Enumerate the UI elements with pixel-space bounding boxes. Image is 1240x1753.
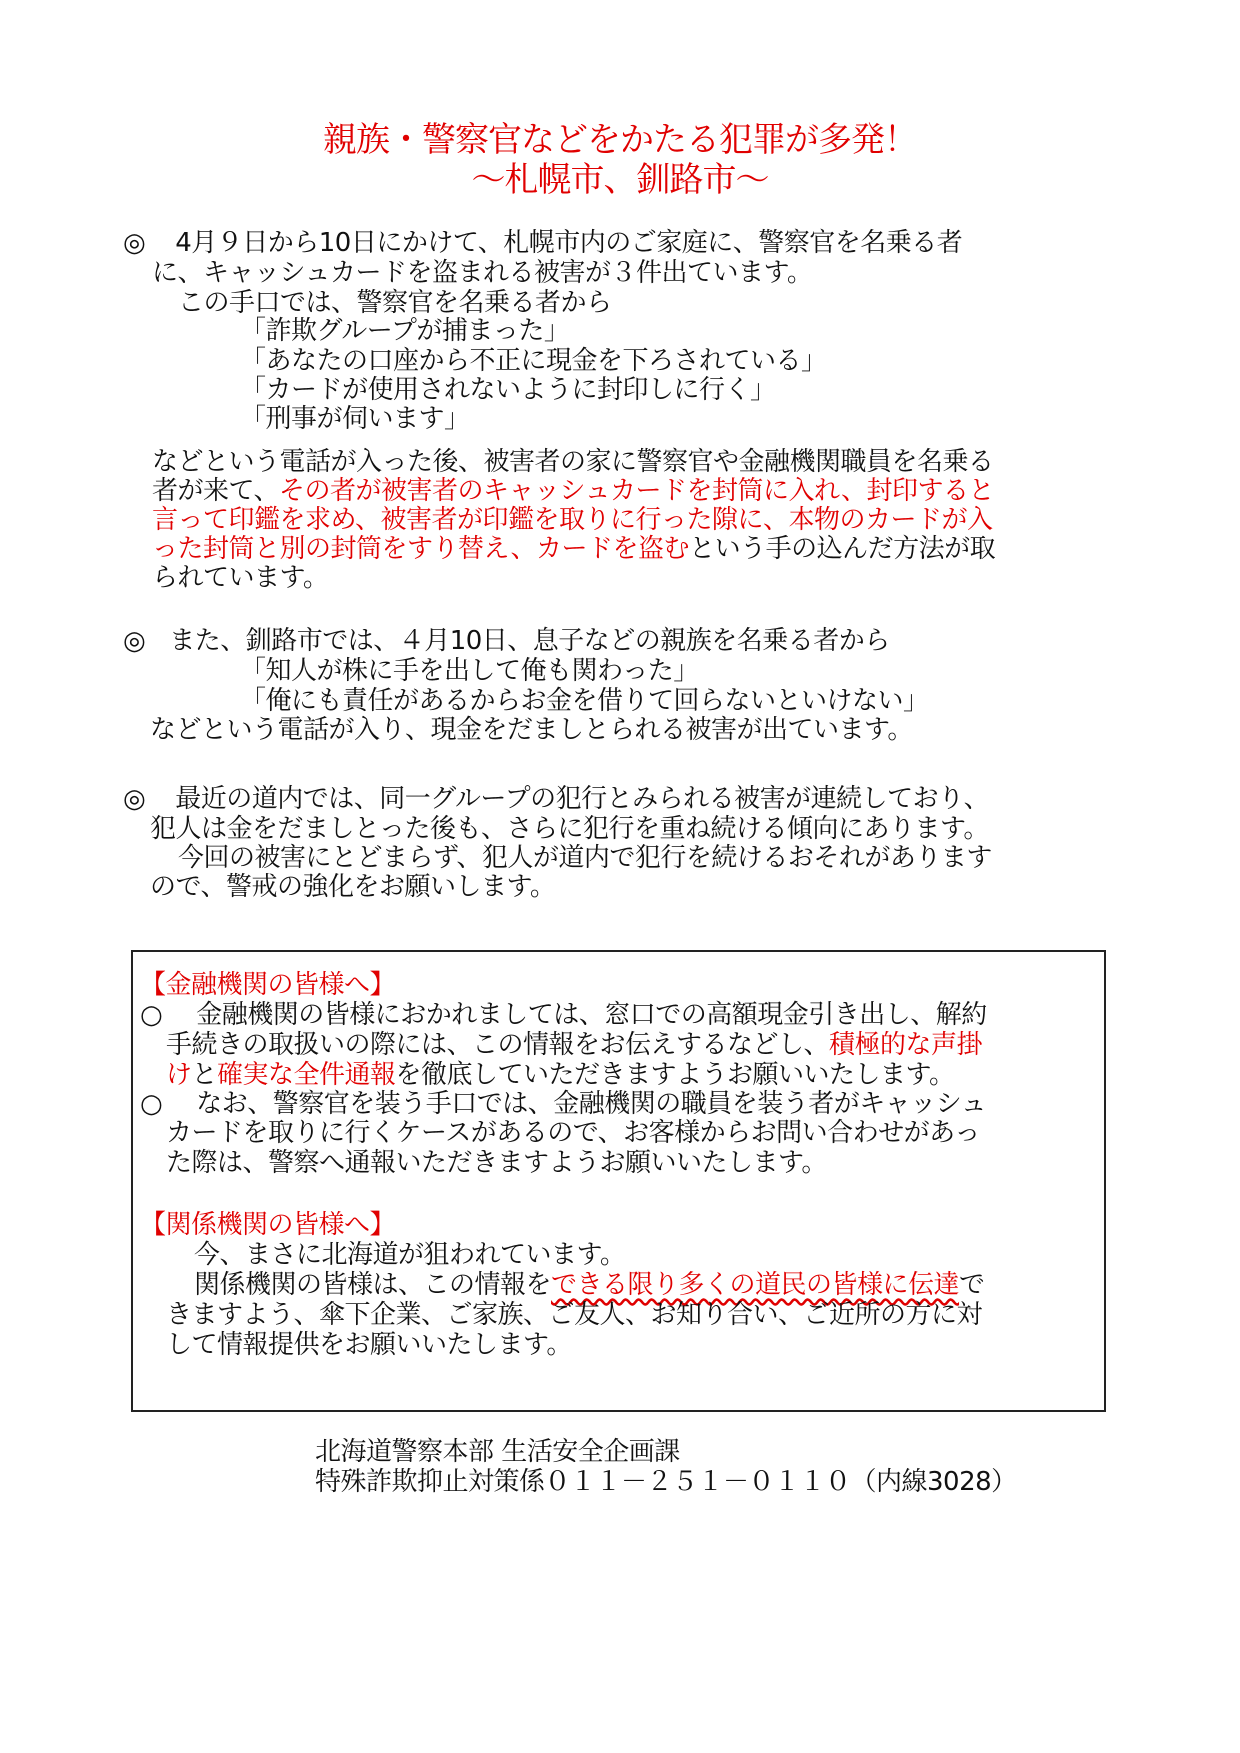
section-1-line-1: ◎4月９日から10日にかけて、札幌市内のご家庭に、警察官を名乗る者: [123, 228, 962, 258]
financial-para-2-line-2: カードを取りに行くケースがあるので、お客様からお問い合わせがあっ: [166, 1118, 980, 1148]
section-2-line-2: などという電話が入り、現金をだましとられる被害が出ています。: [150, 715, 913, 745]
financial-para-1-line-1: ○金融機関の皆様におかれましては、窓口での高額現金引き出し、解約: [140, 1000, 987, 1030]
page-subtitle: ～札幌市、釧路市～: [0, 160, 1240, 200]
financial-para-1-line-3: けと確実な全件通報を徹底していただきますようお願いいたします。: [166, 1060, 954, 1090]
section-1-line-7: った封筒と別の封筒をすり替え、カードを盗むという手の込んだ方法が取: [152, 534, 995, 564]
quote-2: 「あなたの口座から不正に現金を下ろされている」: [240, 346, 827, 376]
financial-heading: 【金融機関の皆様へ】: [140, 970, 395, 1000]
highlight-text: 積極的な声掛: [829, 1030, 982, 1060]
circle-bullet-icon: ○: [140, 1089, 162, 1119]
quote-2: 「俺にも責任があるからお金を借りて回らないといけない」: [240, 686, 929, 716]
section-3-line-3: 今回の被害にとどまらず、犯人が道内で犯行を続けるおそれがあります: [178, 843, 992, 873]
related-heading: 【関係機関の皆様へ】: [140, 1210, 395, 1240]
double-circle-bullet-icon: ◎: [123, 784, 145, 814]
double-circle-bullet-icon: ◎: [123, 626, 145, 656]
highlight-text: った封筒と別の封筒をすり替え、カードを盗む: [152, 534, 689, 564]
financial-para-2-line-1: ○なお、警察官を装う手口では、金融機関の職員を装う者がキャッシュ: [140, 1089, 986, 1119]
highlight-text: 確実な全件通報: [217, 1060, 396, 1090]
section-1-line-3: この手口では、警察官を名乗る者から: [178, 288, 612, 318]
footer-phone: 特殊詐欺抑止対策係０１１－２５１－０１１０（内線3028）: [315, 1467, 1017, 1497]
related-line-3: きますよう、傘下企業、ご家族、ご友人、お知り合い、ご近所の方に対: [166, 1300, 982, 1330]
section-1-line-2: に、キャッシュカードを盗まれる被害が３件出ています。: [152, 258, 812, 288]
circle-bullet-icon: ○: [140, 1000, 162, 1030]
quote-3: 「カードが使用されないように封印しに行く」: [240, 375, 776, 405]
page-title: 親族・警察官などをかたる犯罪が多発！: [0, 120, 1240, 160]
related-line-4: して情報提供をお願いいたします。: [166, 1330, 572, 1360]
financial-para-1-line-2: 手続きの取扱いの際には、この情報をお伝えするなどし、積極的な声掛: [166, 1030, 982, 1060]
highlight-text: できる限り多くの道民の皆様に伝達: [551, 1270, 959, 1300]
section-1-line-6: 言って印鑑を求め、被害者が印鑑を取りに行った隙に、本物のカードが入: [152, 505, 992, 535]
section-3-line-1: ◎最近の道内では、同一グループの犯行とみられる被害が連続しており、: [123, 784, 989, 814]
section-1-line-8: られています。: [152, 563, 328, 593]
related-line-1: 今、まさに北海道が狙われています。: [194, 1240, 625, 1270]
quote-1: 「知人が株に手を出して俺も関わった」: [240, 656, 699, 686]
quote-4: 「刑事が伺います」: [240, 404, 470, 434]
section-3-line-2: 犯人は金をだましとった後も、さらに犯行を重ね続ける傾向にあります。: [150, 814, 989, 844]
section-2-line-1: ◎また、釧路市では、４月10日、息子などの親族を名乗る者から: [123, 626, 890, 656]
section-1-line-4: などという電話が入った後、被害者の家に警察官や金融機関職員を名乗る: [152, 447, 994, 477]
highlight-text: その者が被害者のキャッシュカードを封筒に入れ、封印すると: [279, 476, 994, 506]
section-3-line-4: ので、警戒の強化をお願いします。: [150, 872, 555, 902]
double-circle-bullet-icon: ◎: [123, 228, 145, 258]
footer-organization: 北海道警察本部 生活安全企画課: [315, 1437, 680, 1467]
financial-para-2-line-3: た際は、警察へ通報いただきますようお願いいたします。: [166, 1148, 827, 1178]
related-line-2: 関係機関の皆様は、この情報をできる限り多くの道民の皆様に伝達で: [194, 1270, 985, 1300]
section-1-line-5: 者が来て、その者が被害者のキャッシュカードを封筒に入れ、封印すると: [152, 476, 994, 506]
quote-1: 「詐欺グループが捕まった」: [240, 316, 569, 346]
